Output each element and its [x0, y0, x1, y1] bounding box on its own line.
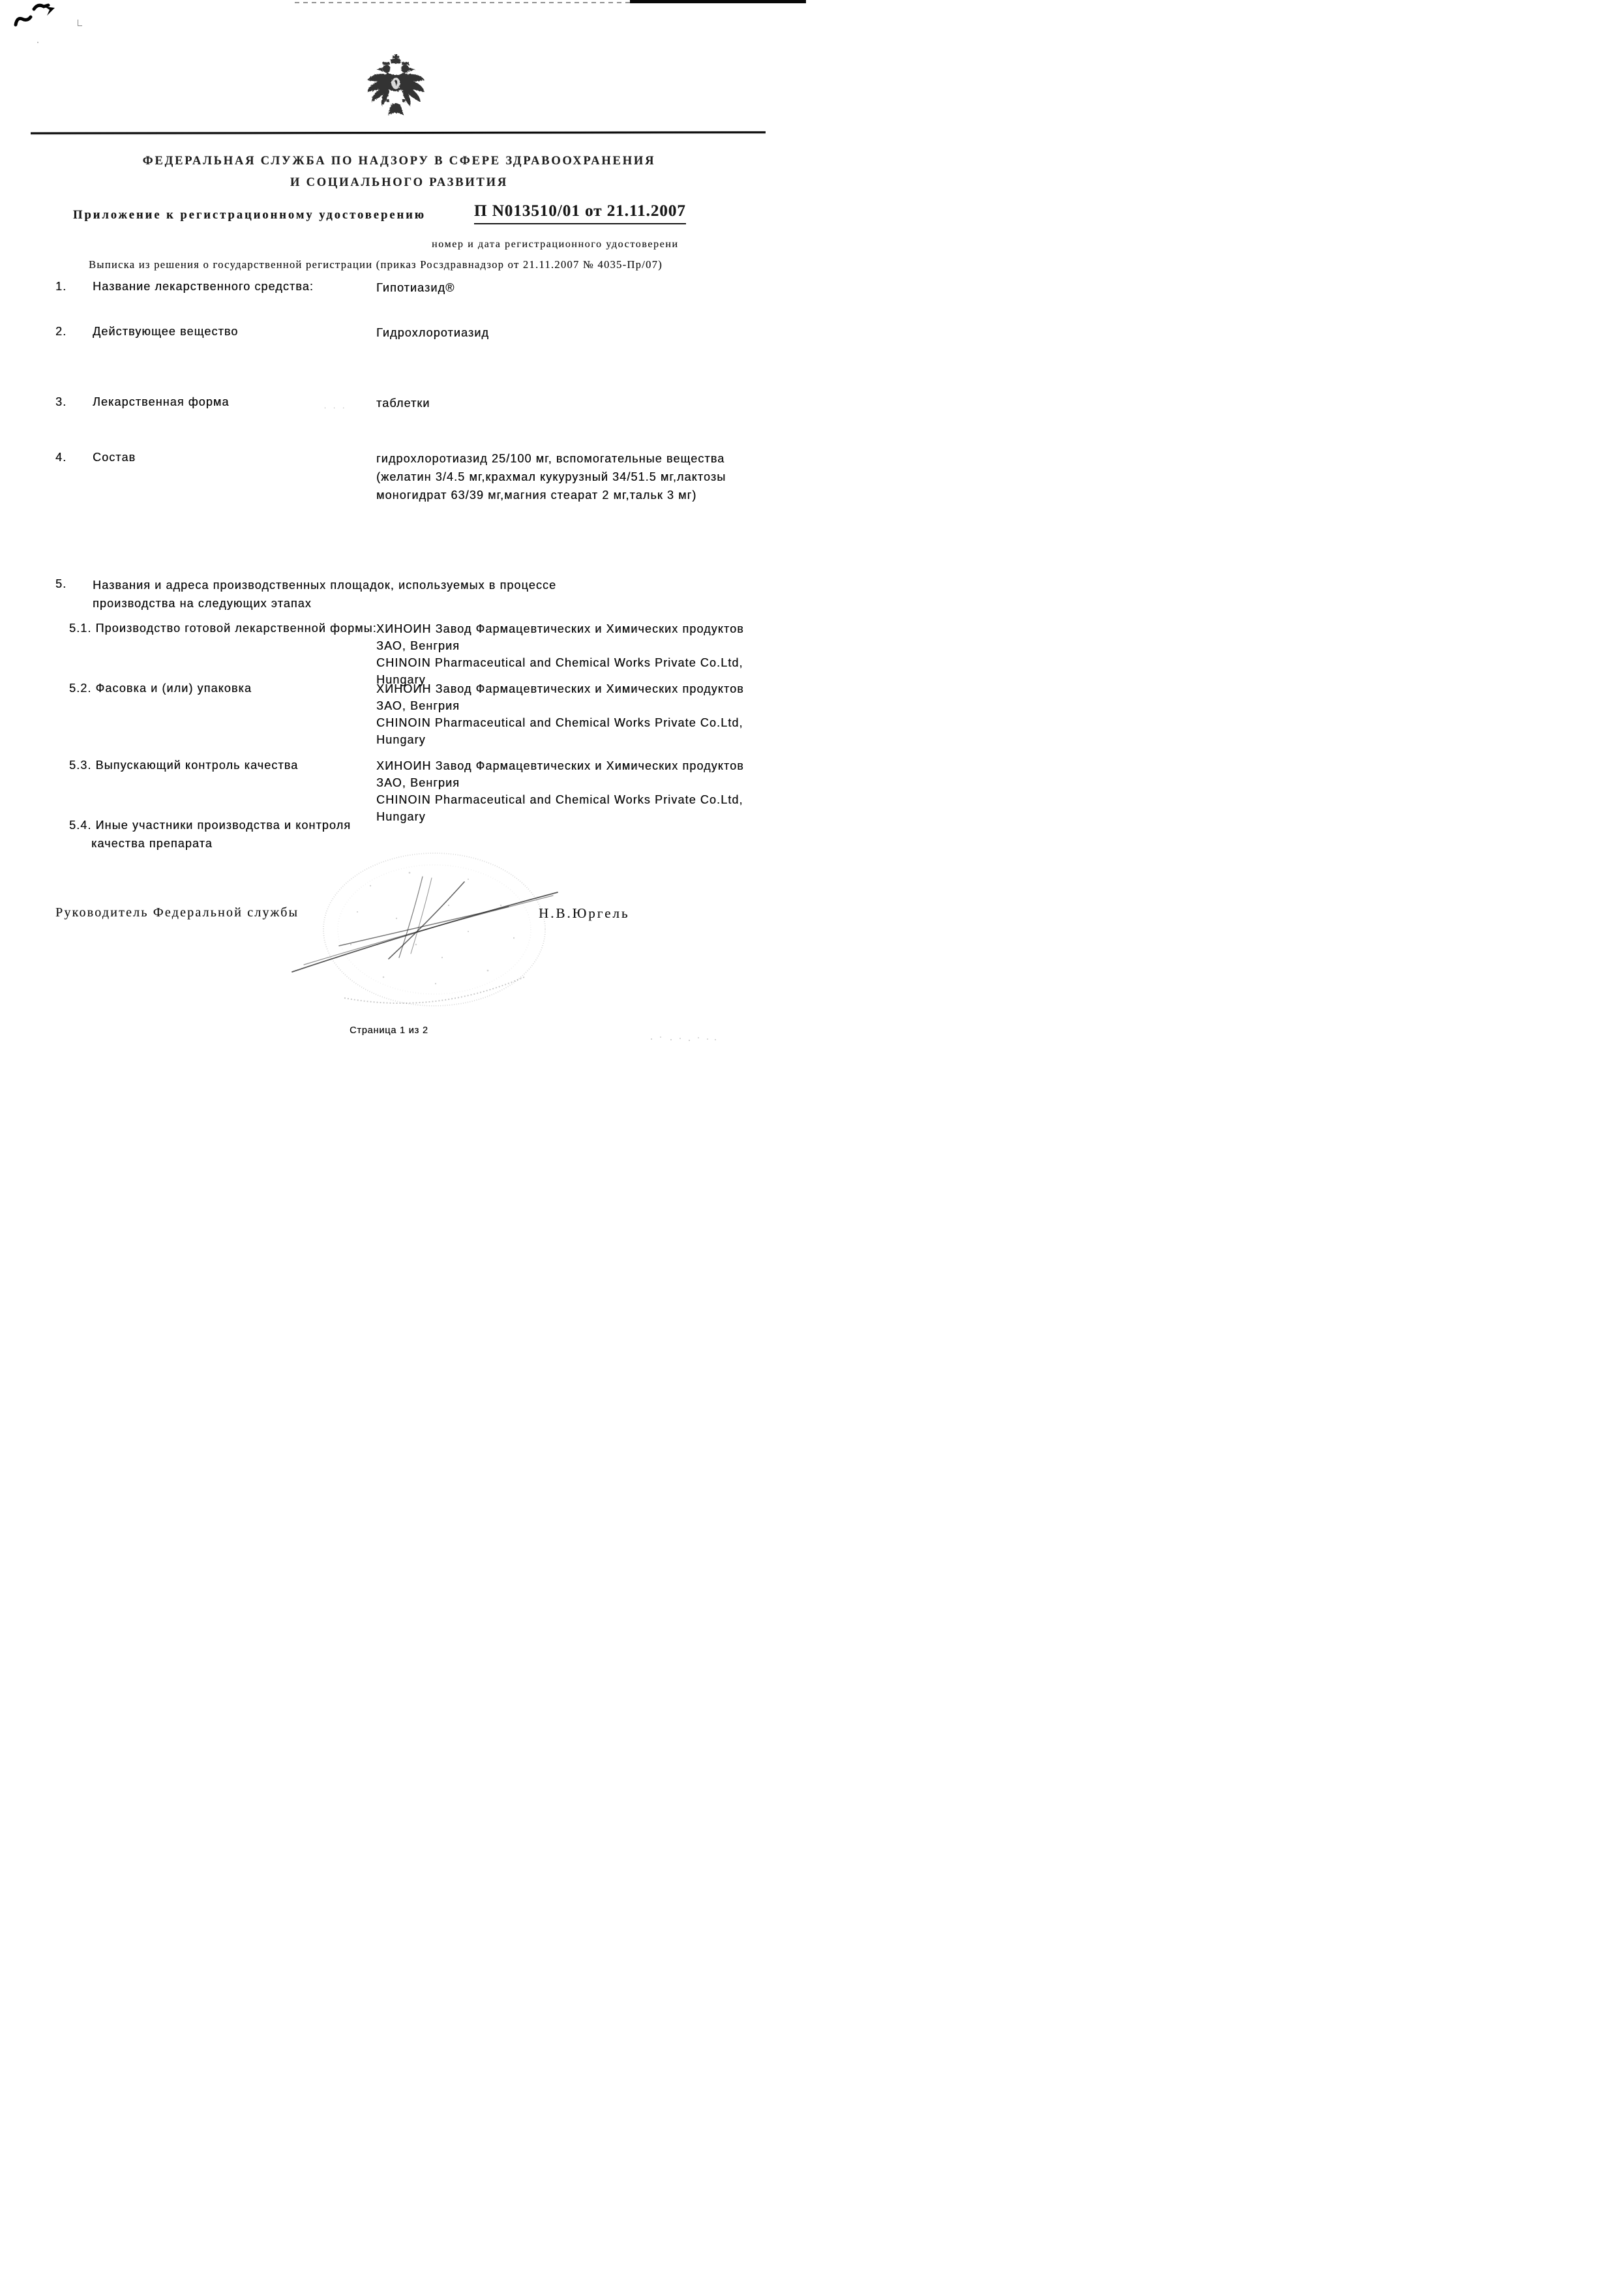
scan-artifact-top-thin — [295, 2, 635, 3]
manufacturer-line: ХИНОИН Завод Фармацевтических и Химическ… — [376, 757, 744, 774]
scan-artifact-top-thick — [630, 0, 806, 3]
site-row-value-block: ХИНОИН Завод Фармацевтических и Химическ… — [376, 680, 744, 748]
composition-line: гидрохлоротиазид 25/100 мг, вспомогатель… — [376, 449, 726, 468]
site-row-label: 5.2. Фасовка и (или) упаковка — [69, 682, 252, 695]
item-label: Состав — [93, 451, 136, 464]
scanned-document-page: ФЕДЕРАЛЬНАЯ СЛУЖБА ПО НАДЗОРУ В СФЕРЕ ЗД… — [0, 0, 806, 1148]
sites-heading-line: производства на следующих этапах — [93, 594, 556, 612]
item-number: 5. — [55, 577, 67, 591]
certificate-number-caption: номер и дата регистрационного удостовере… — [432, 239, 679, 250]
coat-of-arms-emblem — [366, 54, 426, 121]
site-row-label: 5.4. Иные участники производства и контр… — [69, 819, 351, 832]
header-divider-rule — [31, 131, 766, 134]
manufacturer-line: CHINOIN Pharmaceutical and Chemical Work… — [376, 791, 744, 808]
item-value-block: гидрохлоротиазид 25/100 мг, вспомогатель… — [376, 449, 726, 504]
site-row-value-block: ХИНОИН Завод Фармацевтических и Химическ… — [376, 620, 744, 688]
manufacturer-line: CHINOIN Pharmaceutical and Chemical Work… — [376, 654, 744, 671]
scan-faint-dots: . . . — [324, 402, 347, 410]
item-label: Название лекарственного средства: — [93, 280, 314, 294]
manufacturer-line: ЗАО, Венгрия — [376, 697, 744, 714]
manufacturer-line: ЗАО, Венгрия — [376, 774, 744, 791]
registration-extract-line: Выписка из решения о государственной рег… — [89, 259, 663, 271]
agency-name-line1: ФЕДЕРАЛЬНАЯ СЛУЖБА ПО НАДЗОРУ В СФЕРЕ ЗД… — [4, 155, 794, 168]
item-number: 4. — [55, 451, 67, 464]
item-label: Лекарственная форма — [93, 395, 230, 409]
sites-heading-line: Названия и адреса производственных площа… — [93, 576, 556, 594]
item-value: Гипотиазид® — [376, 281, 455, 295]
stray-dot — [37, 42, 38, 43]
signatory-title: Руководитель Федеральной службы — [55, 905, 299, 920]
composition-line: моногидрат 63/39 мг,магния стеарат 2 мг,… — [376, 486, 726, 504]
signatory-name: Н.В.Юргель — [539, 905, 629, 921]
appendix-label: Приложение к регистрационному удостовере… — [73, 209, 426, 222]
item-number: 3. — [55, 395, 67, 409]
handwritten-scribble — [12, 1, 64, 34]
item-value: таблетки — [376, 397, 430, 410]
agency-name-line2: И СОЦИАЛЬНОГО РАЗВИТИЯ — [4, 176, 794, 190]
manufacturer-line: Hungary — [376, 808, 744, 825]
site-row-label: 5.3. Выпускающий контроль качества — [69, 759, 298, 772]
manufacturer-line: Hungary — [376, 731, 744, 748]
item-label-block: Названия и адреса производственных площа… — [93, 576, 556, 612]
round-stamp-with-signature — [273, 847, 579, 1013]
composition-line: (желатин 3/4.5 мг,крахмал кукурузный 34/… — [376, 468, 726, 486]
site-row-value-block: ХИНОИН Завод Фармацевтических и Химическ… — [376, 757, 744, 825]
manufacturer-line: CHINOIN Pharmaceutical and Chemical Work… — [376, 714, 744, 731]
certificate-number: П N013510/01 от 21.11.2007 — [474, 202, 686, 224]
item-value: Гидрохлоротиазид — [376, 326, 489, 340]
item-number: 1. — [55, 280, 67, 294]
manufacturer-line: ХИНОИН Завод Фармацевтических и Химическ… — [376, 620, 744, 637]
item-label: Действующее вещество — [93, 325, 238, 339]
manufacturer-line: ЗАО, Венгрия — [376, 637, 744, 654]
site-row-label: 5.1. Производство готовой лекарственной … — [69, 622, 377, 635]
stray-corner-mark — [78, 20, 82, 26]
item-number: 2. — [55, 325, 67, 339]
scan-speckles — [651, 1038, 652, 1040]
site-row-label-line2: качества препарата — [91, 837, 213, 851]
page-number-label: Страница 1 из 2 — [350, 1025, 428, 1036]
manufacturer-line: ХИНОИН Завод Фармацевтических и Химическ… — [376, 680, 744, 697]
